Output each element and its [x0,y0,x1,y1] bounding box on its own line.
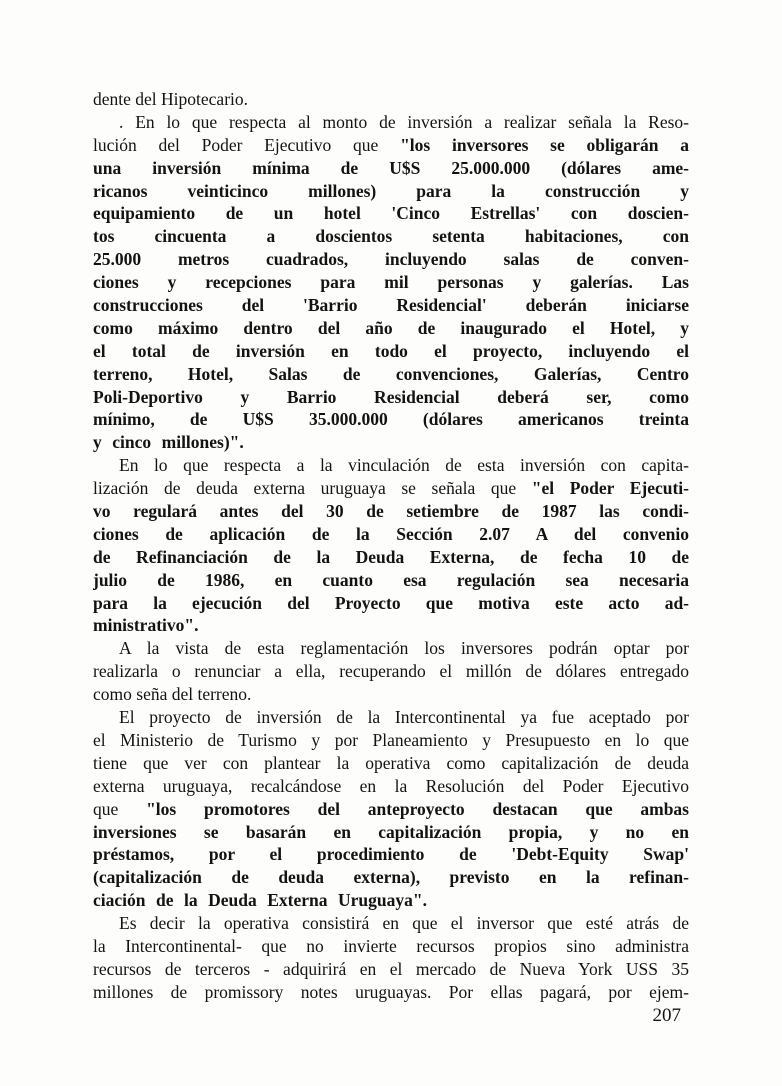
book-page: dente del Hipotecario.. En lo que respec… [0,0,782,1086]
text-run: de Refinanciación de la Deuda Externa, d… [93,547,689,567]
text-line: millones de promissory notes uruguayas. … [93,981,689,1004]
text-line: de Refinanciación de la Deuda Externa, d… [93,546,689,569]
text-line: terreno, Hotel, Salas de convenciones, G… [93,363,689,386]
text-run: como máximo dentro del año de inaugurado… [93,318,689,338]
text-run: realizarla o renunciar a ella, recuperan… [93,661,689,681]
text-run: y cinco millones)". [93,432,244,452]
text-run: Es decir la operativa consistirá en que … [119,913,689,933]
text-run: mínimo, de U$S 35.000.000 (dólares ameri… [93,409,689,429]
text-line: realizarla o renunciar a ella, recuperan… [93,660,689,683]
text-run: millones de promissory notes uruguayas. … [93,982,689,1002]
text-line: la Intercontinental- que no invierte rec… [93,935,689,958]
text-line: ciones y recepciones para mil personas y… [93,271,689,294]
text-line: para la ejecución del Proyecto que motiv… [93,592,689,615]
text-line: ciación de la Deuda Externa Uruguaya". [93,889,689,912]
text-line: recursos de terceros - adquirirá en el m… [93,958,689,981]
text-run: vo regulará antes del 30 de setiembre de… [93,501,689,521]
text-run: dente del Hipotecario. [93,89,248,109]
text-run: una inversión mínima de U$S 25.000.000 (… [93,158,689,178]
text-line: el Ministerio de Turismo y por Planeamie… [93,729,689,752]
text-run: construcciones del 'Barrio Residencial' … [93,295,689,315]
text-line: que "los promotores del anteproyecto des… [93,798,689,821]
text-line: . En lo que respecta al monto de inversi… [93,111,689,134]
text-line: construcciones del 'Barrio Residencial' … [93,294,689,317]
paragraph: Es decir la operativa consistirá en que … [93,912,689,1004]
text-line: Es decir la operativa consistirá en que … [93,912,689,935]
text-line: equipamiento de un hotel 'Cinco Estrella… [93,202,689,225]
text-run: externa uruguaya, recalcándose en la Res… [93,776,689,796]
text-run: En lo que respecta a la vinculación de e… [119,455,689,475]
text-run: . En lo que respecta al monto de inversi… [119,112,689,132]
text-line: En lo que respecta a la vinculación de e… [93,454,689,477]
text-line: tos cincuenta a doscientos setenta habit… [93,225,689,248]
text-run: inversiones se basarán en capitalización… [93,822,689,842]
text-block: dente del Hipotecario.. En lo que respec… [93,88,689,1004]
text-run: 25.000 metros cuadrados, incluyendo sala… [93,249,689,269]
text-run: que [93,799,146,819]
text-run: para la ejecución del Proyecto que motiv… [93,593,689,613]
text-line: Poli-Deportivo y Barrio Residencial debe… [93,386,689,409]
text-line: mínimo, de U$S 35.000.000 (dólares ameri… [93,408,689,431]
text-line: julio de 1986, en cuanto esa regulación … [93,569,689,592]
text-run: como seña del terreno. [93,684,251,704]
paragraph: En lo que respecta a la vinculación de e… [93,454,689,637]
text-line: inversiones se basarán en capitalización… [93,821,689,844]
text-run: terreno, Hotel, Salas de convenciones, G… [93,364,689,384]
text-run: el Ministerio de Turismo y por Planeamie… [93,730,689,750]
text-line: como seña del terreno. [93,683,689,706]
text-run: equipamiento de un hotel 'Cinco Estrella… [93,203,689,223]
text-run: lución del Poder Ejecutivo que [93,135,400,155]
text-line: 25.000 metros cuadrados, incluyendo sala… [93,248,689,271]
text-line: lución del Poder Ejecutivo que "los inve… [93,134,689,157]
text-run: "el Poder Ejecuti- [532,478,689,498]
text-line: una inversión mínima de U$S 25.000.000 (… [93,157,689,180]
text-run: tiene que ver con plantear la operativa … [93,753,689,773]
text-line: préstamos, por el procedimiento de 'Debt… [93,843,689,866]
text-line: A la vista de esta reglamentación los in… [93,637,689,660]
text-run: ciones y recepciones para mil personas y… [93,272,689,292]
paragraph: dente del Hipotecario. [93,88,689,111]
paragraph: El proyecto de inversión de la Intercont… [93,706,689,912]
text-run: "los promotores del anteproyecto destaca… [146,799,689,819]
text-line: y cinco millones)". [93,431,689,454]
text-line: externa uruguaya, recalcándose en la Res… [93,775,689,798]
text-line: tiene que ver con plantear la operativa … [93,752,689,775]
text-run: julio de 1986, en cuanto esa regulación … [93,570,689,590]
text-run: tos cincuenta a doscientos setenta habit… [93,226,689,246]
text-run: El proyecto de inversión de la Intercont… [119,707,689,727]
paragraph: . En lo que respecta al monto de inversi… [93,111,689,454]
text-run: Poli-Deportivo y Barrio Residencial debe… [93,387,689,407]
text-line: El proyecto de inversión de la Intercont… [93,706,689,729]
text-run: la Intercontinental- que no invierte rec… [93,936,689,956]
text-run: "los inversores se obligarán a [400,135,689,155]
paragraph: A la vista de esta reglamentación los in… [93,637,689,706]
text-line: ricanos veinticinco millones) para la co… [93,180,689,203]
text-line: (capitalización de deuda externa), previ… [93,866,689,889]
text-run: ciones de aplicación de la Sección 2.07 … [93,524,689,544]
text-run: ricanos veinticinco millones) para la co… [93,181,689,201]
text-run: ciación de la Deuda Externa Uruguaya". [93,890,427,910]
text-run: (capitalización de deuda externa), previ… [93,867,689,887]
text-run: ministrativo". [93,615,198,635]
text-line: vo regulará antes del 30 de setiembre de… [93,500,689,523]
text-line: ministrativo". [93,614,689,637]
text-line: dente del Hipotecario. [93,88,689,111]
text-line: lización de deuda externa uruguaya se se… [93,477,689,500]
text-run: préstamos, por el procedimiento de 'Debt… [93,844,689,864]
text-line: ciones de aplicación de la Sección 2.07 … [93,523,689,546]
text-run: el total de inversión en todo el proyect… [93,341,689,361]
text-line: el total de inversión en todo el proyect… [93,340,689,363]
text-run: A la vista de esta reglamentación los in… [119,638,689,658]
text-run: recursos de terceros - adquirirá en el m… [93,959,689,979]
page-number: 207 [93,1004,681,1028]
text-run: lización de deuda externa uruguaya se se… [93,478,532,498]
text-line: como máximo dentro del año de inaugurado… [93,317,689,340]
